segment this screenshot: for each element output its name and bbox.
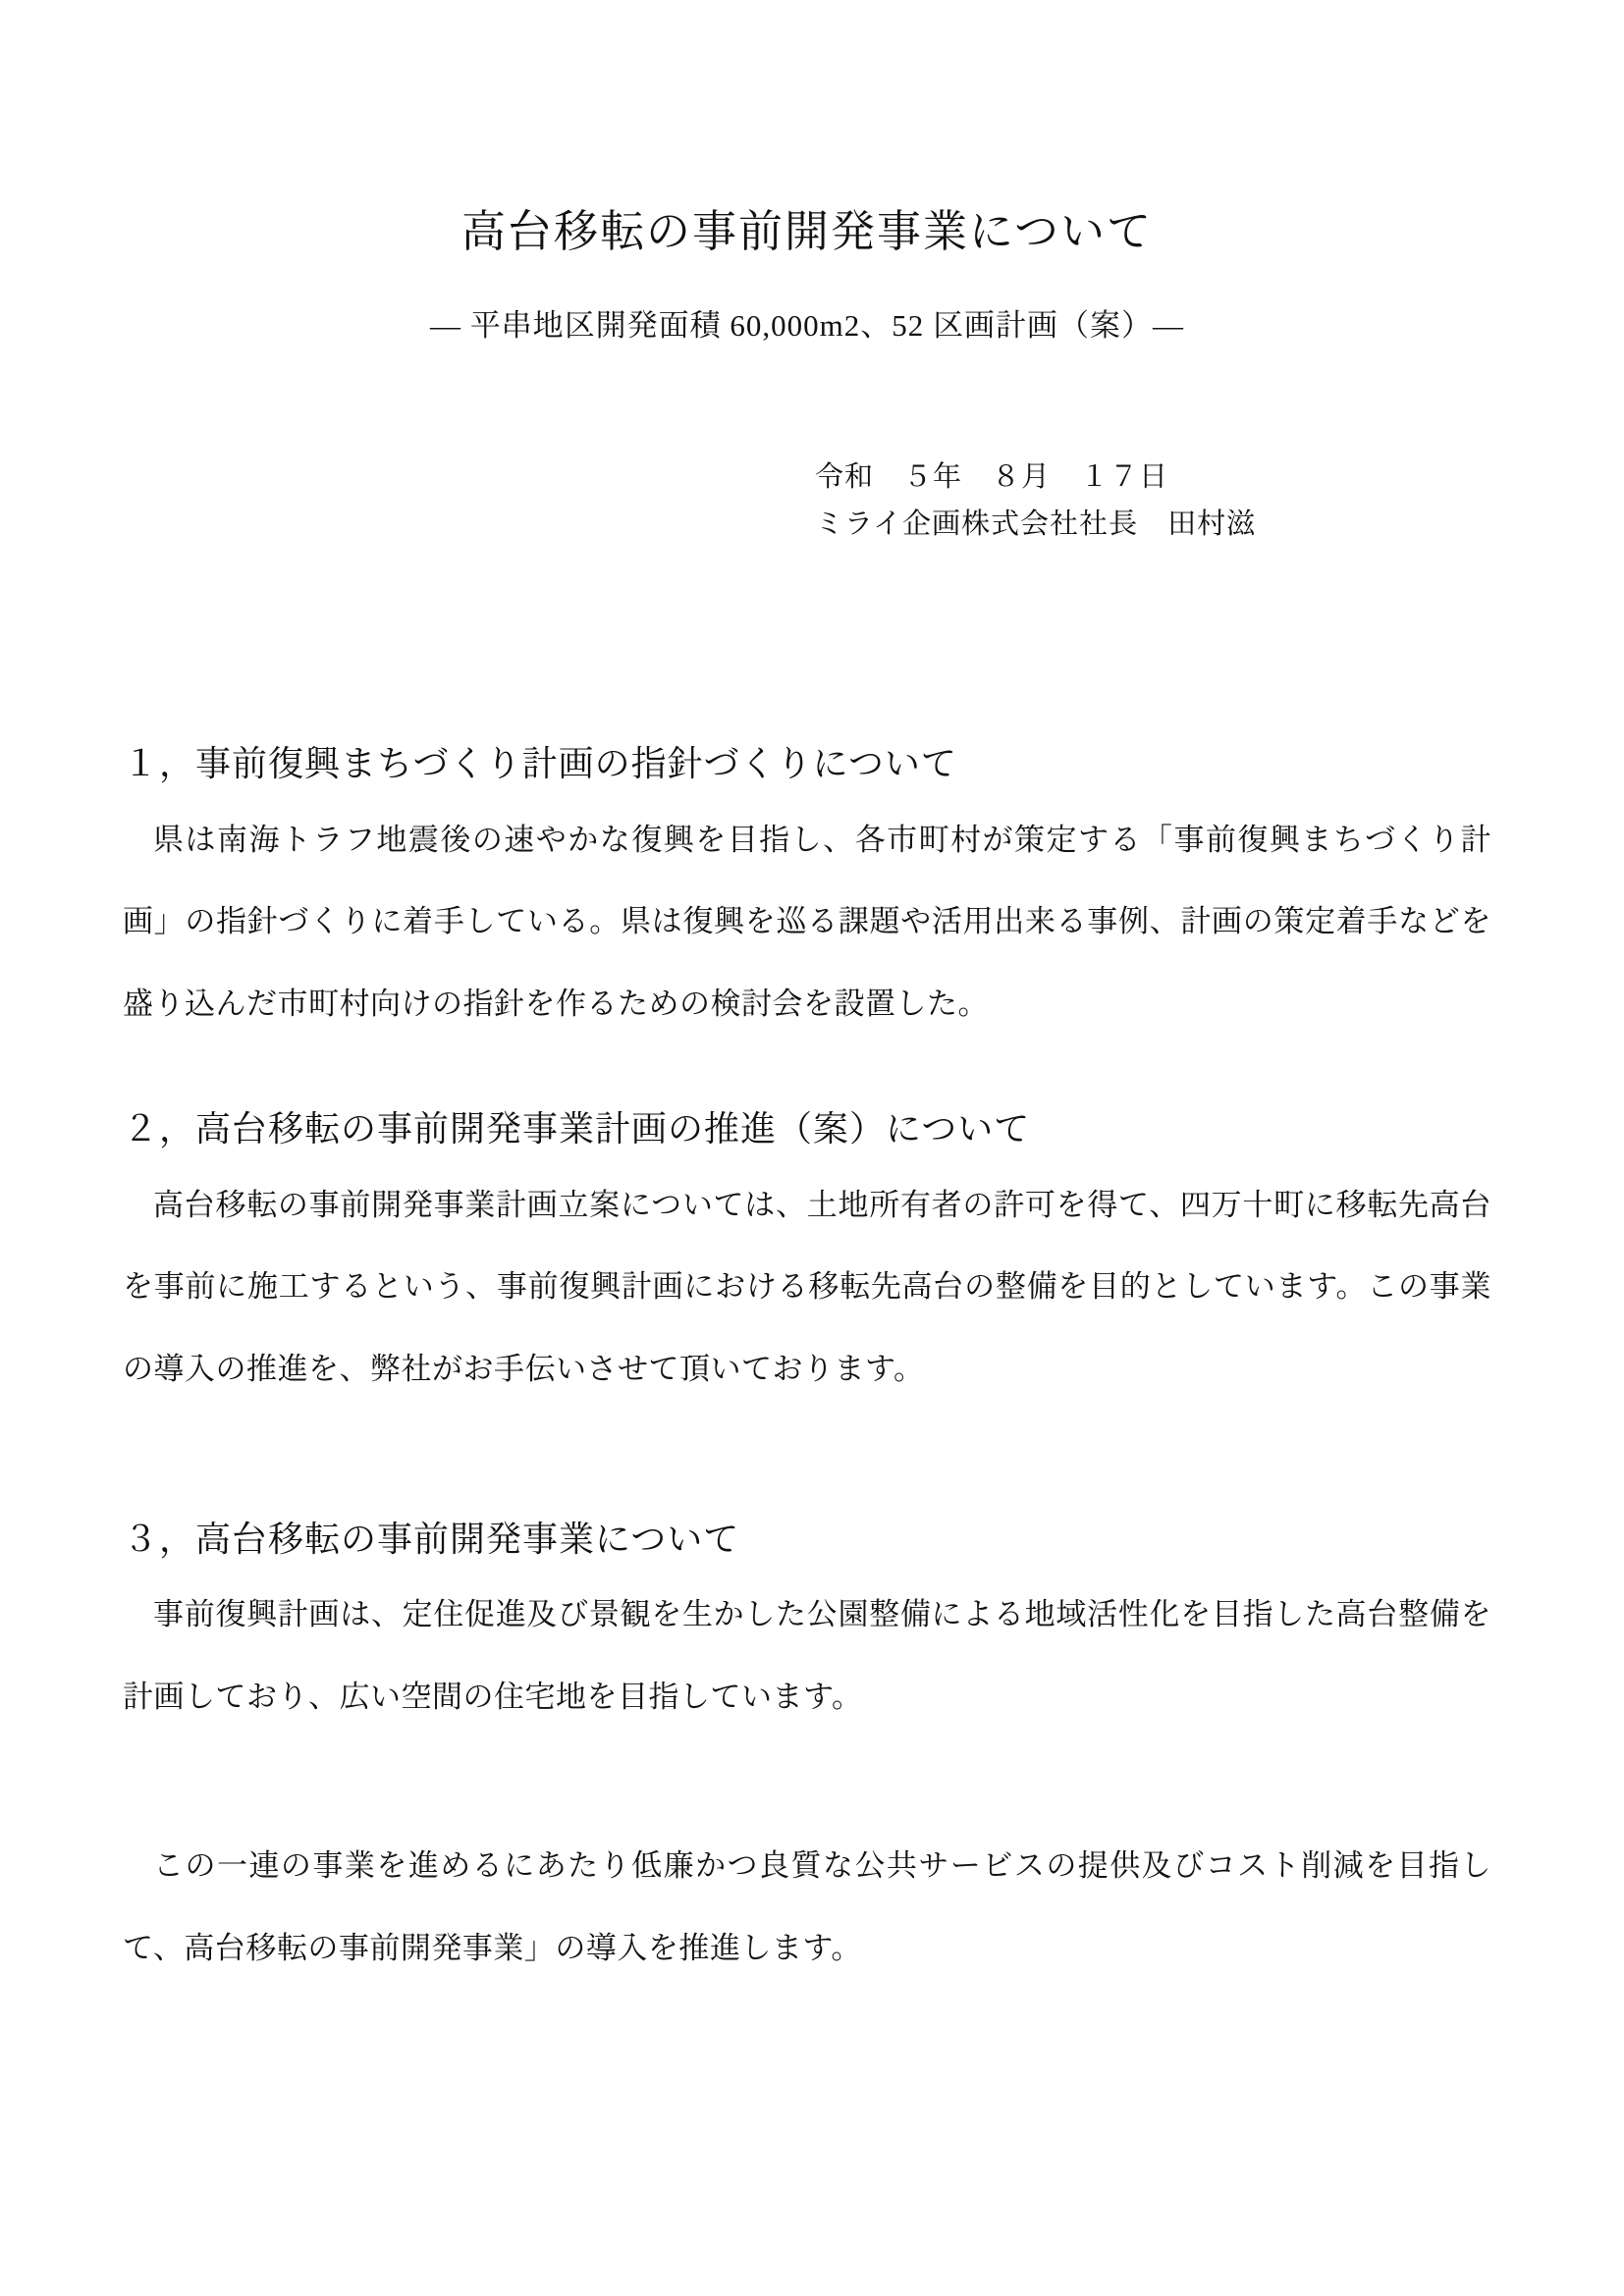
section-3: ３，高台移転の事前開発事業について 事前復興計画は、定住促進及び景観を生かした公… [123,1517,1491,1990]
section-3-paragraph-2: この一連の事業を進めるにあたり低廉かつ良質な公共サービスの提供及びコスト削減を目… [123,1825,1491,1989]
section-2-paragraph: 高台移転の事前開発事業計画立案については、土地所有者の許可を得て、四万十町に移転… [123,1164,1491,1411]
document-subtitle: ― 平串地区開発面積 60,000m2、52 区画計画（案）― [123,300,1491,345]
section-1-paragraph: 県は南海トラフ地震後の速やかな復興を目指し、各市町村が策定する「事前復興まちづく… [123,799,1491,1045]
date-line: 令和 ５年 ８月 １７日 [815,454,1491,502]
section-1-heading: １，事前復興まちづくり計画の指針づくりについて [123,741,1491,787]
author-line: ミライ企画株式会社社長 田村滋 [815,502,1491,549]
section-3-paragraph-1: 事前復興計画は、定住促進及び景観を生かした公園整備による地域活性化を目指した高台… [123,1574,1491,1737]
section-2: ２，高台移転の事前開発事業計画の推進（案）について 高台移転の事前開発事業計画立… [123,1106,1491,1411]
section-2-heading: ２，高台移転の事前開発事業計画の推進（案）について [123,1106,1491,1152]
document-page: 高台移転の事前開発事業について ― 平串地区開発面積 60,000m2、52 区… [0,0,1624,2296]
section-3-heading: ３，高台移転の事前開発事業について [123,1517,1491,1563]
section-1: １，事前復興まちづくり計画の指針づくりについて 県は南海トラフ地震後の速やかな復… [123,741,1491,1045]
document-title: 高台移転の事前開発事業について [123,0,1491,259]
date-author-block: 令和 ５年 ８月 １７日 ミライ企画株式会社社長 田村滋 [815,454,1491,549]
